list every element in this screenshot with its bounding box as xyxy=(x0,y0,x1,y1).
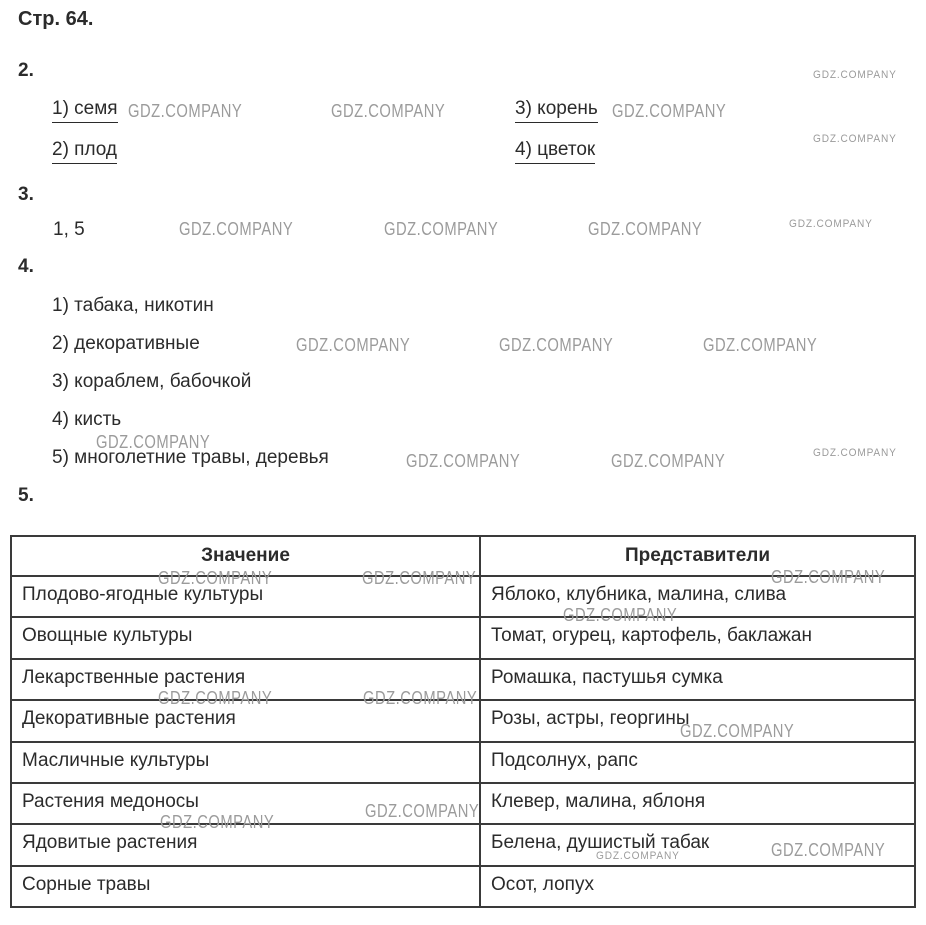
watermark-text: GDZ.COMPANY xyxy=(703,336,817,354)
answer-item: 3) кораблем, бабочкой xyxy=(52,371,329,393)
page-title: Стр. 64. xyxy=(18,8,93,31)
cell-representatives: Подсолнух, рапс xyxy=(480,742,915,783)
watermark-text: GDZ.COMPANY xyxy=(789,219,873,230)
answers-table: Значение Представители Плодово-ягодные к… xyxy=(10,535,916,908)
table-row: Сорные травыОсот, лопух xyxy=(11,866,915,907)
cell-representatives: Ромашка, пастушья сумка xyxy=(480,659,915,700)
table-row: Лекарственные растенияРомашка, пастушья … xyxy=(11,659,915,700)
answer-item: 2) плод xyxy=(52,139,118,164)
question-3-number: 3. xyxy=(18,184,34,206)
cell-significance: Растения медоносы xyxy=(11,783,480,824)
watermark-text: GDZ.COMPANY xyxy=(499,336,613,354)
watermark-text: GDZ.COMPANY xyxy=(813,448,897,459)
cell-significance: Ядовитые растения xyxy=(11,824,480,865)
table-header-representatives: Представители xyxy=(480,536,915,576)
question-5-number: 5. xyxy=(18,485,34,507)
table-row: Плодово-ягодные культурыЯблоко, клубника… xyxy=(11,576,915,617)
table-header-row: Значение Представители xyxy=(11,536,915,576)
table-header-significance: Значение xyxy=(11,536,480,576)
answer-item-text: 4) кисть xyxy=(52,409,121,430)
watermark-text: GDZ.COMPANY xyxy=(406,452,520,470)
answer-item-text: 3) корень xyxy=(515,98,598,123)
answer-item: 3) корень xyxy=(515,98,598,123)
cell-significance: Овощные культуры xyxy=(11,617,480,658)
table-row: Растения медоносыКлевер, малина, яблоня xyxy=(11,783,915,824)
question-2-number: 2. xyxy=(18,60,34,82)
answer-item-text: 3) кораблем, бабочкой xyxy=(52,371,251,392)
document-page: Стр. 64. 2. 1) семя2) плод 3) корень4) ц… xyxy=(0,0,926,925)
answer-item: 2) декоративные xyxy=(52,333,329,355)
cell-representatives: Розы, астры, георгины xyxy=(480,700,915,741)
answer-item-text: 1) семя xyxy=(52,98,118,123)
answer-item: 4) цветок xyxy=(515,139,598,164)
answer-item-text: 1) табака, никотин xyxy=(52,295,214,316)
watermark-text: GDZ.COMPANY xyxy=(588,220,702,238)
answer-item-text: 2) плод xyxy=(52,139,117,164)
cell-representatives: Осот, лопух xyxy=(480,866,915,907)
answer-item-text: 4) цветок xyxy=(515,139,595,164)
watermark-text: GDZ.COMPANY xyxy=(128,102,242,120)
question-3-answer: 1, 5 xyxy=(53,219,85,241)
question-2-right-list: 3) корень4) цветок xyxy=(515,98,598,180)
cell-representatives: Томат, огурец, картофель, баклажан xyxy=(480,617,915,658)
cell-significance: Масличные культуры xyxy=(11,742,480,783)
watermark-text: GDZ.COMPANY xyxy=(813,70,897,81)
watermark-text: GDZ.COMPANY xyxy=(612,102,726,120)
watermark-text: GDZ.COMPANY xyxy=(611,452,725,470)
table-row: Декоративные растенияРозы, астры, георги… xyxy=(11,700,915,741)
answer-item-text: 5) многолетние травы, деревья xyxy=(52,447,329,468)
cell-representatives: Белена, душистый табак xyxy=(480,824,915,865)
cell-significance: Декоративные растения xyxy=(11,700,480,741)
cell-representatives: Яблоко, клубника, малина, слива xyxy=(480,576,915,617)
cell-representatives: Клевер, малина, яблоня xyxy=(480,783,915,824)
watermark-text: GDZ.COMPANY xyxy=(384,220,498,238)
question-4-list: 1) табака, никотин2) декоративные3) кора… xyxy=(52,295,329,485)
answer-item: 1) семя xyxy=(52,98,118,123)
answer-item: 1) табака, никотин xyxy=(52,295,329,317)
watermark-text: GDZ.COMPANY xyxy=(331,102,445,120)
cell-significance: Сорные травы xyxy=(11,866,480,907)
watermark-text: GDZ.COMPANY xyxy=(179,220,293,238)
cell-significance: Плодово-ягодные культуры xyxy=(11,576,480,617)
answer-item: 4) кисть xyxy=(52,409,329,431)
cell-significance: Лекарственные растения xyxy=(11,659,480,700)
table-row: Овощные культурыТомат, огурец, картофель… xyxy=(11,617,915,658)
question-4-number: 4. xyxy=(18,256,34,278)
question-2-left-list: 1) семя2) плод xyxy=(52,98,118,180)
table-row: Масличные культурыПодсолнух, рапс xyxy=(11,742,915,783)
table-row: Ядовитые растенияБелена, душистый табак xyxy=(11,824,915,865)
watermark-text: GDZ.COMPANY xyxy=(813,134,897,145)
answer-item-text: 2) декоративные xyxy=(52,333,200,354)
answer-item: 5) многолетние травы, деревья xyxy=(52,447,329,469)
